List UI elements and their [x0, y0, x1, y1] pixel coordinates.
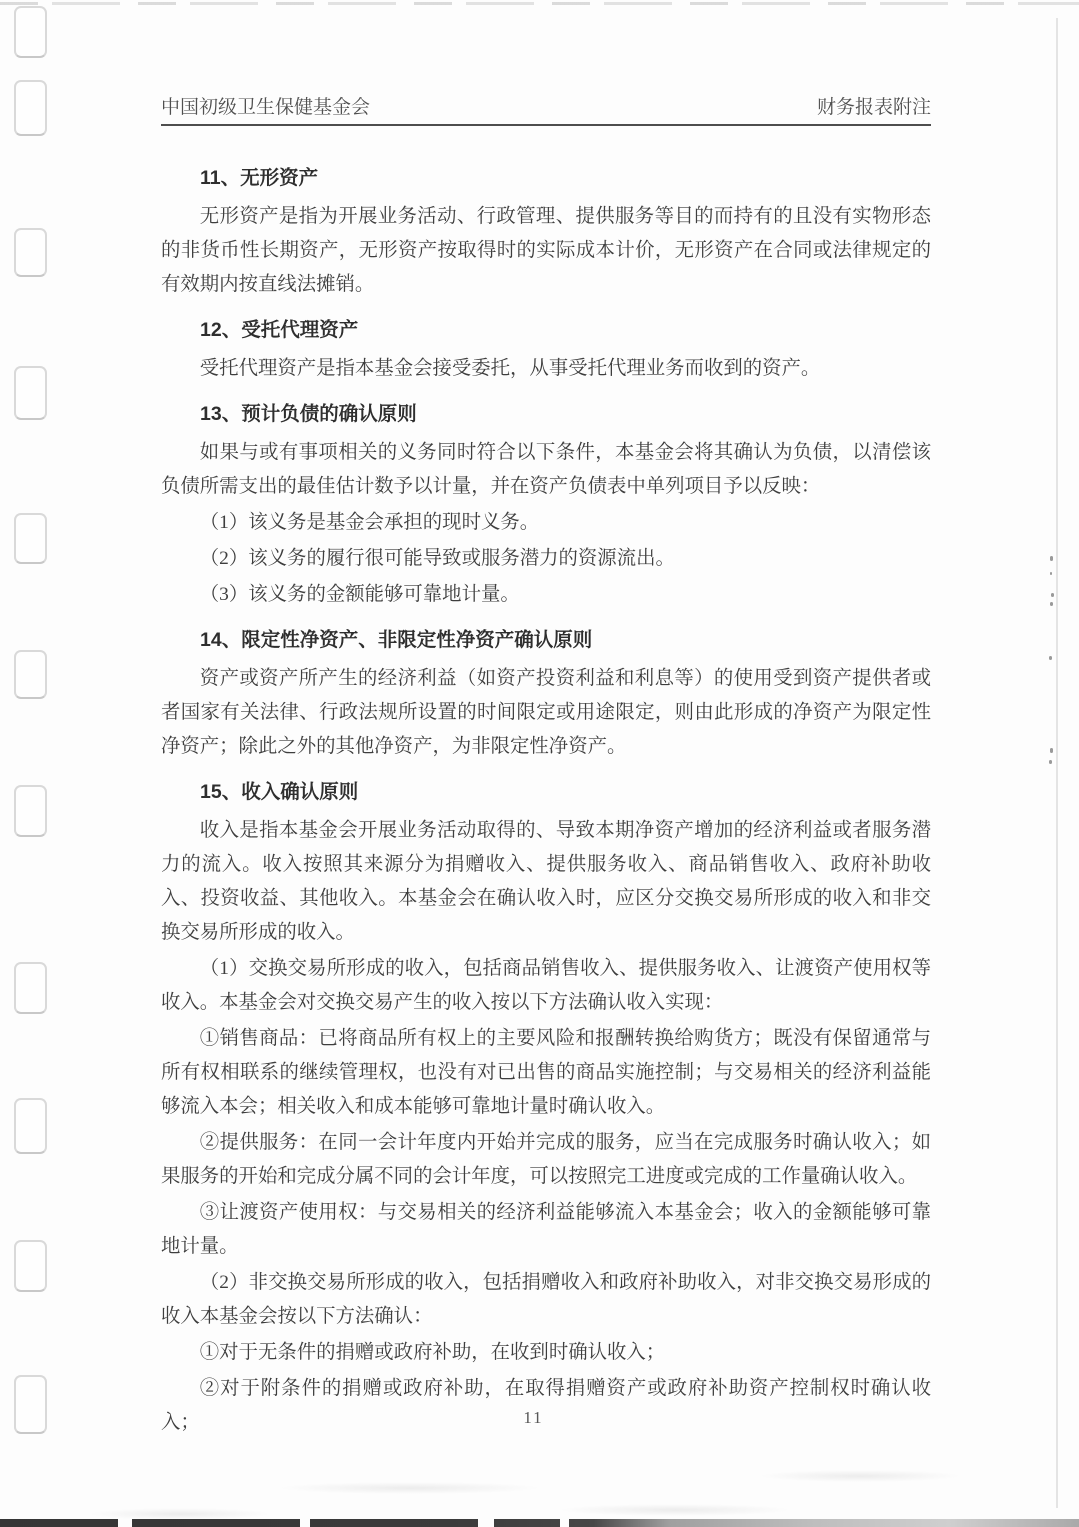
header-doc-title: 财务报表附注 [817, 92, 931, 119]
list-item: （1）该义务是基金会承担的现时义务。 [161, 506, 931, 540]
page-number: 11 [0, 1408, 1067, 1428]
paragraph: 如果与或有事项相关的义务同时符合以下条件，本基金会将其确认为负债，以清偿该负债所… [161, 436, 931, 504]
section-14: 14、限定性净资产、非限定性净资产确认原则 资产或资产所产生的经济利益（如资产投… [161, 623, 931, 764]
scan-band-gap [560, 1519, 569, 1527]
binder-hole-mark [14, 962, 47, 1014]
section-13: 13、预计负债的确认原则 如果与或有事项相关的义务同时符合以下条件，本基金会将其… [161, 397, 931, 612]
scan-edge-top [0, 2, 1079, 5]
section-heading: 15、收入确认原则 [161, 775, 931, 809]
section-heading: 11、无形资产 [161, 161, 931, 195]
paragraph: 无形资产是指为开展业务活动、行政管理、提供服务等目的而持有的且没有实物形态的非货… [161, 200, 931, 302]
page-header: 中国初级卫生保健基金会 财务报表附注 [161, 92, 931, 126]
scan-smudge [760, 1470, 960, 1482]
binder-hole-mark [14, 785, 47, 837]
scan-speck [1051, 593, 1054, 597]
scan-smudge [560, 1504, 790, 1516]
scanned-document-page: 中国初级卫生保健基金会 财务报表附注 11、无形资产 无形资产是指为开展业务活动… [0, 0, 1079, 1527]
section-12: 12、受托代理资产 受托代理资产是指本基金会接受委托，从事受托代理业务而收到的资… [161, 313, 931, 386]
binder-hole-mark [14, 513, 47, 564]
binder-hole-mark [14, 228, 47, 277]
scan-speck [1050, 602, 1053, 606]
binder-hole-mark [14, 1098, 47, 1154]
paragraph: 受托代理资产是指本基金会接受委托，从事受托代理业务而收到的资产。 [161, 352, 931, 386]
scan-speck [1049, 760, 1052, 764]
binder-hole-mark [14, 6, 47, 58]
list-item: ②对于附条件的捐赠或政府补助，在取得捐赠资产或政府补助资产控制权时确认收入； [161, 1372, 931, 1440]
section-heading: 13、预计负债的确认原则 [161, 397, 931, 431]
section-15: 15、收入确认原则 收入是指本基金会开展业务活动取得的、导致本期净资产增加的经济… [161, 775, 931, 1440]
paragraph: （2）非交换交易所形成的收入，包括捐赠收入和政府补助收入，对非交换交易形成的收入… [161, 1266, 931, 1334]
scan-smudge [280, 1482, 540, 1494]
binder-hole-mark [14, 80, 47, 136]
scan-speck [1050, 556, 1053, 561]
section-11: 11、无形资产 无形资产是指为开展业务活动、行政管理、提供服务等目的而持有的且没… [161, 161, 931, 302]
scan-band-gap [300, 1519, 310, 1527]
list-item: ③让渡资产使用权：与交易相关的经济利益能够流入本基金会；收入的金额能够可靠地计量… [161, 1196, 931, 1264]
section-heading: 14、限定性净资产、非限定性净资产确认原则 [161, 623, 931, 657]
list-item: （2）该义务的履行很可能导致或服务潜力的资源流出。 [161, 542, 931, 576]
scan-edge-bottom [0, 1519, 1079, 1527]
list-item: ①销售商品：已将商品所有权上的主要风险和报酬转换给购货方；既没有保留通常与所有权… [161, 1022, 931, 1124]
binder-hole-mark [14, 1240, 47, 1292]
paragraph: （1）交换交易所形成的收入，包括商品销售收入、提供服务收入、让渡资产使用权等收入… [161, 952, 931, 1020]
section-heading: 12、受托代理资产 [161, 313, 931, 347]
binder-hole-mark [14, 650, 47, 699]
document-body: 11、无形资产 无形资产是指为开展业务活动、行政管理、提供服务等目的而持有的且没… [161, 150, 931, 1442]
list-item: （3）该义务的金额能够可靠地计量。 [161, 578, 931, 612]
paragraph: 资产或资产所产生的经济利益（如资产投资利益和利息等）的使用受到资产提供者或者国家… [161, 662, 931, 764]
scan-speck [1049, 656, 1052, 660]
scan-speck [1050, 748, 1053, 753]
scan-line-right [1056, 18, 1058, 1508]
list-item: ②提供服务：在同一会计年度内开始并完成的服务，应当在完成服务时确认收入；如果服务… [161, 1126, 931, 1194]
binder-hole-mark [14, 366, 47, 420]
scan-band-gap [118, 1519, 132, 1527]
scan-band-gap [478, 1519, 494, 1527]
header-org-name: 中国初级卫生保健基金会 [161, 92, 370, 119]
list-item: ①对于无条件的捐赠或政府补助，在收到时确认收入； [161, 1336, 931, 1370]
paragraph: 收入是指本基金会开展业务活动取得的、导致本期净资产增加的经济利益或者服务潜力的流… [161, 814, 931, 950]
scan-speck [1050, 572, 1052, 575]
